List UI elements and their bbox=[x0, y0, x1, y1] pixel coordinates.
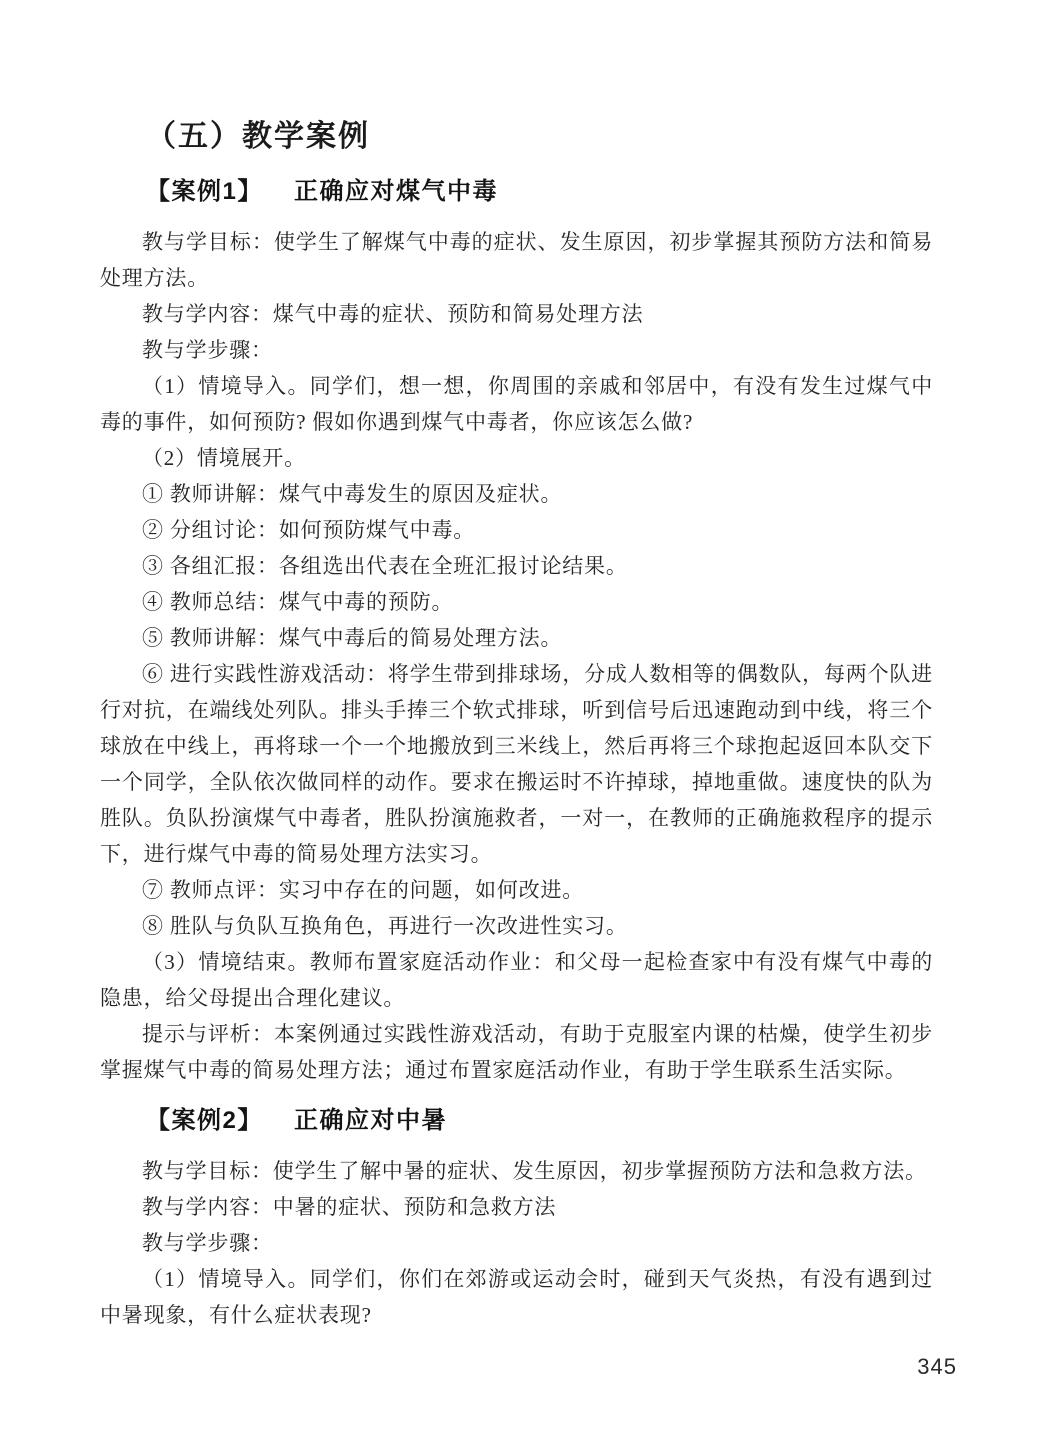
case1-paragraph-item4: ④ 教师总结：煤气中毒的预防。 bbox=[100, 584, 933, 620]
case1-paragraph-item8: ⑧ 胜队与负队互换角色，再进行一次改进性实习。 bbox=[100, 908, 933, 944]
case1-title: 【案例1】正确应对煤气中毒 bbox=[146, 176, 933, 208]
case1-paragraph-step3: （3）情境结束。教师布置家庭活动作业：和父母一起检查家中有没有煤气中毒的隐患，给… bbox=[100, 944, 933, 1016]
section-heading: （五）教学案例 bbox=[146, 118, 933, 156]
case1-paragraph-review: 提示与评析：本案例通过实践性游戏活动，有助于克服室内课的枯燥，使学生初步掌握煤气… bbox=[100, 1016, 933, 1088]
page-content: （五）教学案例 【案例1】正确应对煤气中毒 教与学目标：使学生了解煤气中毒的症状… bbox=[100, 118, 933, 1333]
case2-title-text: 正确应对中暑 bbox=[294, 1107, 447, 1134]
case2-title: 【案例2】正确应对中暑 bbox=[146, 1105, 933, 1137]
case1-paragraph-step2: （2）情境展开。 bbox=[100, 440, 933, 476]
case1-paragraph-steps: 教与学步骤： bbox=[100, 332, 933, 368]
case1-paragraph-step1: （1）情境导入。同学们，想一想，你周围的亲戚和邻居中，有没有发生过煤气中毒的事件… bbox=[100, 368, 933, 440]
case2-paragraph-goal: 教与学目标：使学生了解中暑的症状、发生原因，初步掌握预防方法和急救方法。 bbox=[100, 1153, 933, 1189]
case1-title-text: 正确应对煤气中毒 bbox=[294, 178, 498, 205]
case2-paragraph-content: 教与学内容：中暑的症状、预防和急救方法 bbox=[100, 1189, 933, 1225]
book-page: （五）教学案例 【案例1】正确应对煤气中毒 教与学目标：使学生了解煤气中毒的症状… bbox=[0, 0, 1038, 1452]
case1-paragraph-item3: ③ 各组汇报：各组选出代表在全班汇报讨论结果。 bbox=[100, 548, 933, 584]
case1-paragraph-item2: ② 分组讨论：如何预防煤气中毒。 bbox=[100, 512, 933, 548]
case1-paragraph-goal: 教与学目标：使学生了解煤气中毒的症状、发生原因，初步掌握其预防方法和简易处理方法… bbox=[100, 224, 933, 296]
case1-paragraph-content: 教与学内容：煤气中毒的症状、预防和简易处理方法 bbox=[100, 296, 933, 332]
case1-paragraph-item7: ⑦ 教师点评：实习中存在的问题，如何改进。 bbox=[100, 872, 933, 908]
case2-paragraph-step1: （1）情境导入。同学们，你们在郊游或运动会时，碰到天气炎热，有没有遇到过中暑现象… bbox=[100, 1261, 933, 1333]
case1-paragraph-item6: ⑥ 进行实践性游戏活动：将学生带到排球场，分成人数相等的偶数队，每两个队进行对抗… bbox=[100, 656, 933, 872]
page-number: 345 bbox=[917, 1354, 957, 1380]
case1-title-bracket: 【案例1】 bbox=[146, 178, 263, 205]
case2-paragraph-steps: 教与学步骤： bbox=[100, 1225, 933, 1261]
case1-paragraph-item5: ⑤ 教师讲解：煤气中毒后的简易处理方法。 bbox=[100, 620, 933, 656]
case2-title-bracket: 【案例2】 bbox=[146, 1107, 263, 1134]
case1-paragraph-item1: ① 教师讲解：煤气中毒发生的原因及症状。 bbox=[100, 476, 933, 512]
